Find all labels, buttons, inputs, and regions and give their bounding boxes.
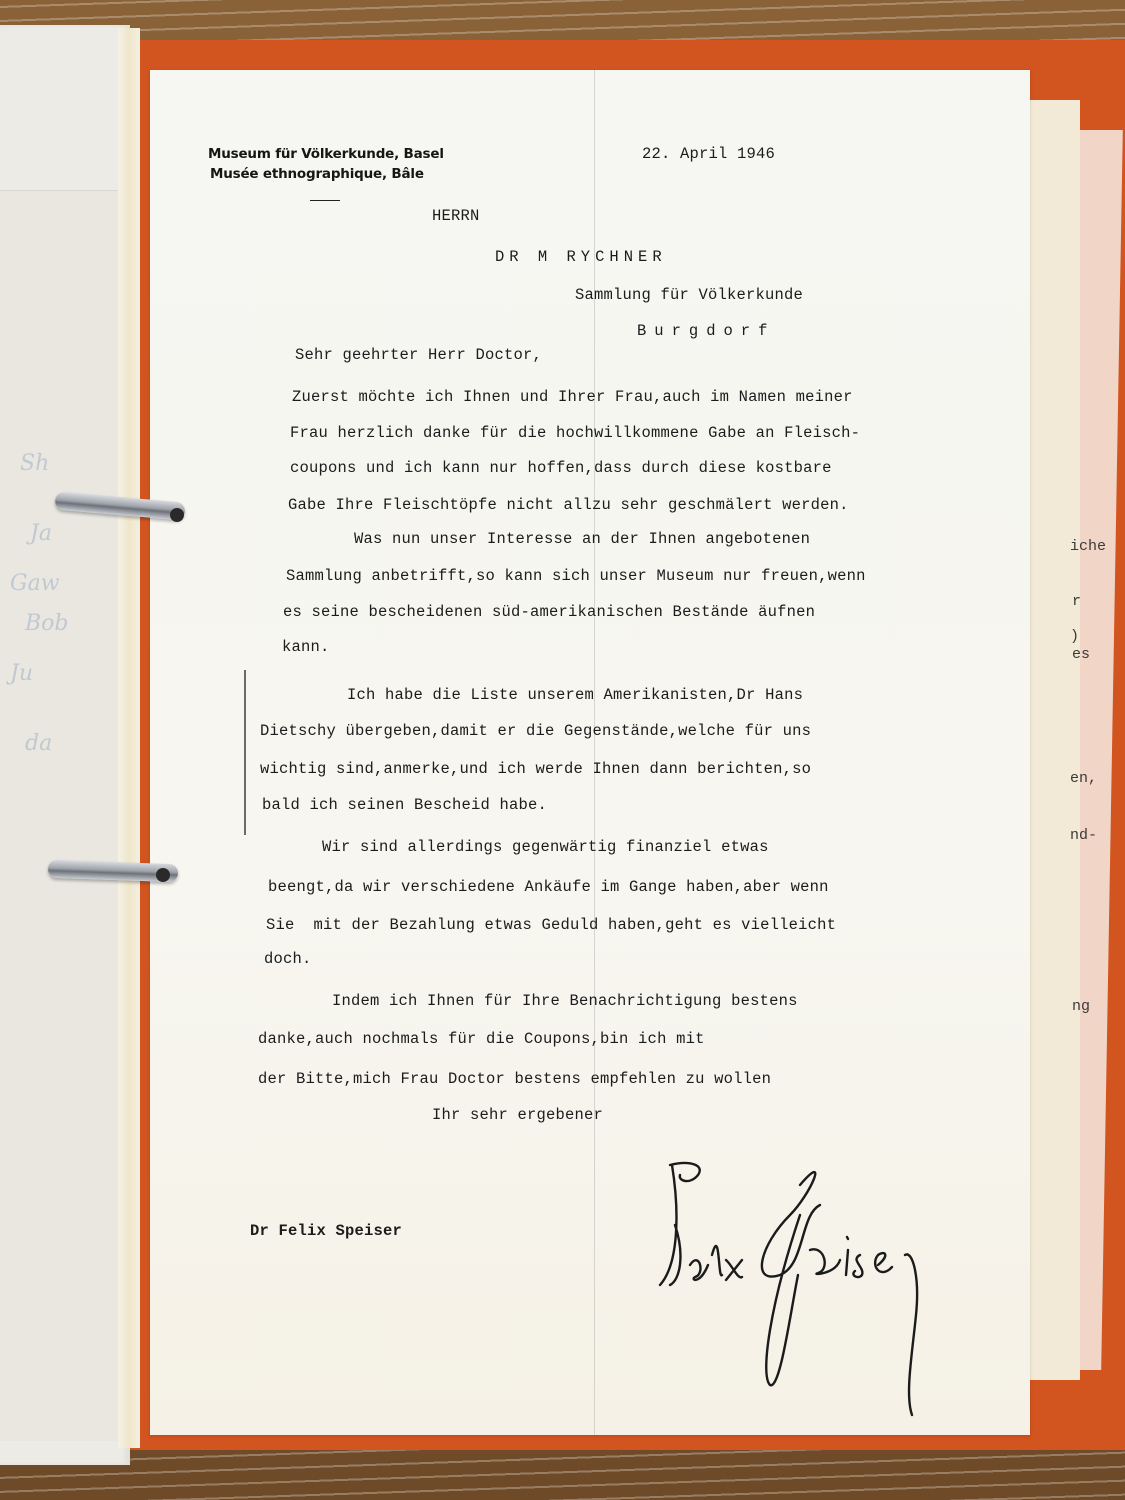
greeting: Sehr geehrter Herr Doctor, [295,346,542,364]
body-line: Sie mit der Bezahlung etwas Geduld haben… [266,916,836,934]
paper-fold-crease [594,70,595,1435]
body-line: Zuerst möchte ich Ihnen und Ihrer Frau,a… [292,388,853,406]
letter-date: 22. April 1946 [642,145,775,163]
handwritten-signature [650,1155,980,1425]
peek-text: iche [1070,538,1106,555]
body-line: danke,auch nochmals für die Coupons,bin … [258,1030,705,1048]
body-line: Ich habe die Liste unserem Amerikanisten… [347,686,803,704]
page-spine-edge [118,28,140,1448]
ring-hole [170,508,184,522]
body-line: Indem ich Ihnen für Ihre Benachrichtigun… [332,992,798,1010]
body-line: beengt,da wir verschiedene Ankäufe im Ga… [268,878,829,896]
recipient-institution: Sammlung für Völkerkunde [575,286,803,304]
letterhead-line-2: Musée ethnographique, Bâle [208,164,444,184]
body-line: Gabe Ihre Fleischtöpfe nicht allzu sehr … [288,496,849,514]
peek-text: ) [1070,628,1079,645]
ring-hole [156,868,170,882]
body-line: der Bitte,mich Frau Doctor bestens empfe… [258,1070,771,1088]
body-line: doch. [264,950,312,968]
peek-text: ng [1072,998,1090,1015]
peek-text: en, [1070,770,1097,787]
body-line: Dietschy übergeben,damit er die Gegenstä… [260,722,811,740]
back-sheet-cream [1030,100,1080,1380]
body-line: es seine bescheidenen süd-amerikanischen… [283,603,815,621]
peek-text: es [1072,646,1090,663]
body-line: coupons und ich kann nur hoffen,dass dur… [290,459,832,477]
body-line: kann. [282,638,330,656]
recipient-salutation: HERRN [432,207,480,225]
signatory-name: Dr Felix Speiser [250,1222,402,1240]
letterhead-rule [310,200,340,201]
margin-pencil-line [244,670,246,835]
closing: Ihr sehr ergebener [432,1106,603,1124]
peek-text: nd- [1070,827,1097,844]
peek-text: r [1072,593,1081,610]
letterhead: Museum für Völkerkunde, Basel Musée ethn… [208,144,444,184]
body-line: bald ich seinen Bescheid habe. [262,796,547,814]
body-line: wichtig sind,anmerke,und ich werde Ihnen… [260,760,811,778]
body-line: Wir sind allerdings gegenwärtig finanzie… [322,838,769,856]
body-line: Was nun unser Interesse an der Ihnen ang… [354,530,810,548]
letterhead-line-1: Museum für Völkerkunde, Basel [208,144,444,164]
left-page-underlay: Sh Ja Gaw Bob Ju da [0,190,118,1441]
recipient-city: Burgdorf [637,322,775,340]
recipient-name: DR M RYCHNER [495,248,667,266]
body-line: Sammlung anbetrifft,so kann sich unser M… [286,567,866,585]
letter-page: Museum für Völkerkunde, Basel Musée ethn… [150,70,1030,1435]
body-line: Frau herzlich danke für die hochwillkomm… [290,424,860,442]
